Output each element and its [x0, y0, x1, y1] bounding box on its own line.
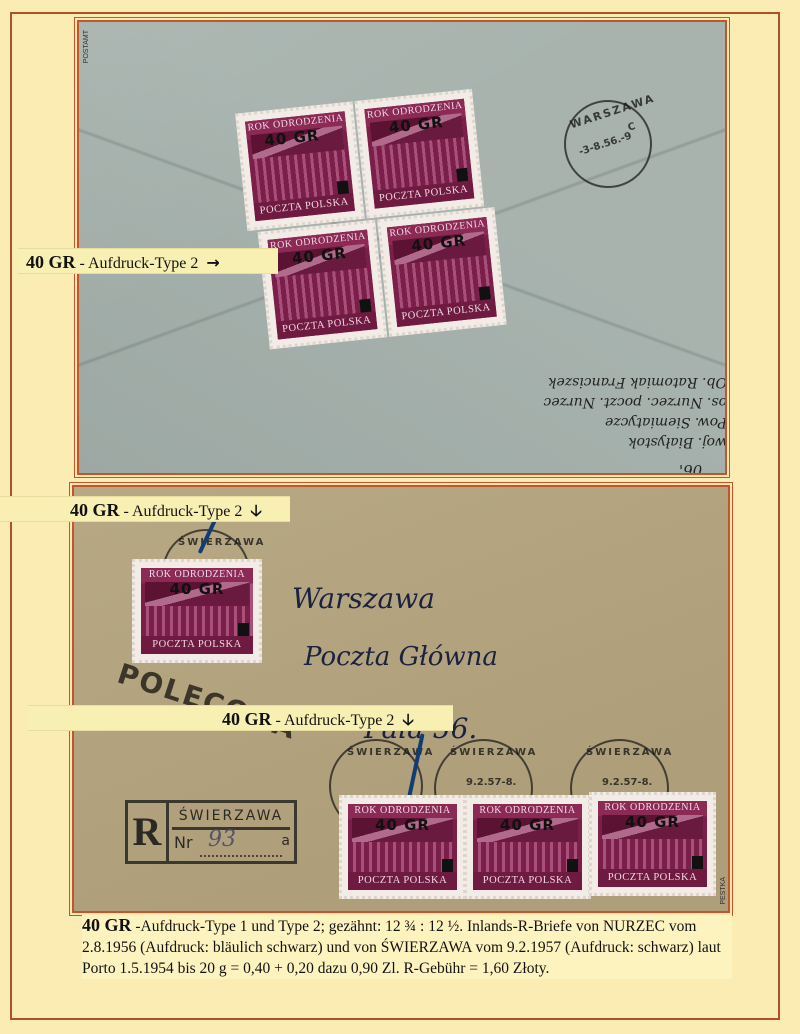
stamp-single: ROK ODRODZENIA 40 GR POCZTA POLSKA — [132, 559, 262, 663]
surcharge-overprint: 40 GR — [141, 580, 253, 598]
surcharge-overprint: 40 GR — [473, 816, 582, 834]
arrow-right-icon: → — [206, 253, 219, 272]
registration-letter: R — [128, 803, 169, 861]
surcharge-overprint: 40 GR — [348, 816, 457, 834]
label-text: - Aufdruck-Type 2 — [76, 255, 199, 272]
postmark-date: 9.2.57-8. — [602, 777, 652, 788]
annotation-label-strip: 40 GR - Aufdruck-Type 2🡣 — [28, 705, 453, 731]
surcharge-overprint: 40 GR — [598, 813, 707, 831]
postmark-date: -3-8.56.-9 — [578, 131, 634, 158]
postmark-city: ŚWIERZAWA — [450, 747, 537, 758]
stamp-bottom-text: POCZTA POLSKA — [473, 872, 582, 890]
stamp-bottom-text: POCZTA POLSKA — [598, 869, 707, 887]
polecona-cancel: POLECONA — [113, 657, 301, 746]
postmark-date: 9.2.57-8. — [466, 777, 516, 788]
sender-line: os. Nurzec. poczt. Nurzec — [457, 392, 727, 412]
stamp-top-text: ROK ODRODZENIA — [473, 805, 582, 816]
stamp-block-of-four: ROK ODRODZENIA 40 GR POCZTA POLSKA ROK O… — [235, 88, 509, 353]
sender-line: Pow. Siemiatycze — [457, 412, 727, 432]
label-value: 40 GR — [70, 500, 120, 520]
stamp-strip-of-three: ROK ODRODZENIA 40 GR POCZTA POLSKA ROK O… — [339, 795, 719, 905]
stamp-bottom-text: POCZTA POLSKA — [254, 193, 355, 221]
postmark-city: ŚWIERZAWA — [586, 747, 673, 758]
postmark-city: ŚWIERZAWA — [178, 537, 265, 548]
stamp: ROK ODRODZENIA 40 GR POCZTA POLSKA — [235, 101, 365, 231]
registration-nr-value: 93 — [208, 827, 236, 852]
address-line: Warszawa — [292, 582, 435, 615]
annotation-label-top: 40 GR - Aufdruck-Type 2→ — [18, 248, 278, 274]
stamp: ROK ODRODZENIA 40 GR POCZTA POLSKA — [377, 207, 507, 337]
sender-line: woj. Białystok — [457, 432, 727, 452]
stamp-top-text: ROK ODRODZENIA — [348, 805, 457, 816]
label-text: - Aufdruck-Type 2 — [272, 712, 395, 729]
registration-label: R ŚWIERZAWA Nr 93 a — [125, 800, 297, 864]
address-line: Poczta Główna — [304, 642, 498, 672]
stamp: ROK ODRODZENIA 40 GR POCZTA POLSKA — [464, 795, 591, 899]
registration-nr-label: Nr — [174, 833, 193, 852]
annotation-label-single: 40 GR - Aufdruck-Type 2🡣 — [0, 496, 290, 522]
stamp-bottom-text: POCZTA POLSKA — [348, 872, 457, 890]
stamp-bottom-text: POCZTA POLSKA — [373, 180, 474, 208]
caption-value: 40 GR — [82, 915, 132, 935]
stamp: ROK ODRODZENIA 40 GR POCZTA POLSKA — [258, 220, 388, 350]
page-caption: 40 GR -Aufdruck-Type 1 und Type 2; gezäh… — [82, 915, 732, 979]
printer-mark: POSTAMT — [83, 30, 90, 63]
stamp-bottom-text: POCZTA POLSKA — [141, 636, 253, 654]
caption-text: -Aufdruck-Type 1 und Type 2; gezähnt: 12… — [82, 918, 721, 977]
arrow-down-icon: 🡣 — [402, 710, 414, 729]
sender-address-handwriting: woj. Białystok Pow. Siemiatycze os. Nurz… — [457, 372, 727, 452]
stamp-bottom-text: POCZTA POLSKA — [276, 311, 377, 339]
dotted-line — [200, 855, 282, 857]
label-text: - Aufdruck-Type 2 — [120, 503, 243, 520]
year-note: '90 — [679, 462, 702, 475]
stamp-bottom-text: POCZTA POLSKA — [395, 299, 496, 327]
printer-mark: PESTKA — [720, 877, 727, 905]
stamp: ROK ODRODZENIA 40 GR POCZTA POLSKA — [589, 792, 716, 896]
stamp-top-text: ROK ODRODZENIA — [598, 802, 707, 813]
label-value: 40 GR — [222, 709, 272, 729]
stamp: ROK ODRODZENIA 40 GR POCZTA POLSKA — [339, 795, 466, 899]
label-value: 40 GR — [26, 252, 76, 272]
sender-line: Ob. Ratomiak Franciszek — [457, 372, 727, 392]
arrow-down-icon: 🡣 — [250, 501, 262, 520]
registration-suffix: a — [281, 833, 290, 849]
stamp-top-text: ROK ODRODZENIA — [141, 569, 253, 580]
stamp: ROK ODRODZENIA 40 GR POCZTA POLSKA — [354, 89, 484, 219]
